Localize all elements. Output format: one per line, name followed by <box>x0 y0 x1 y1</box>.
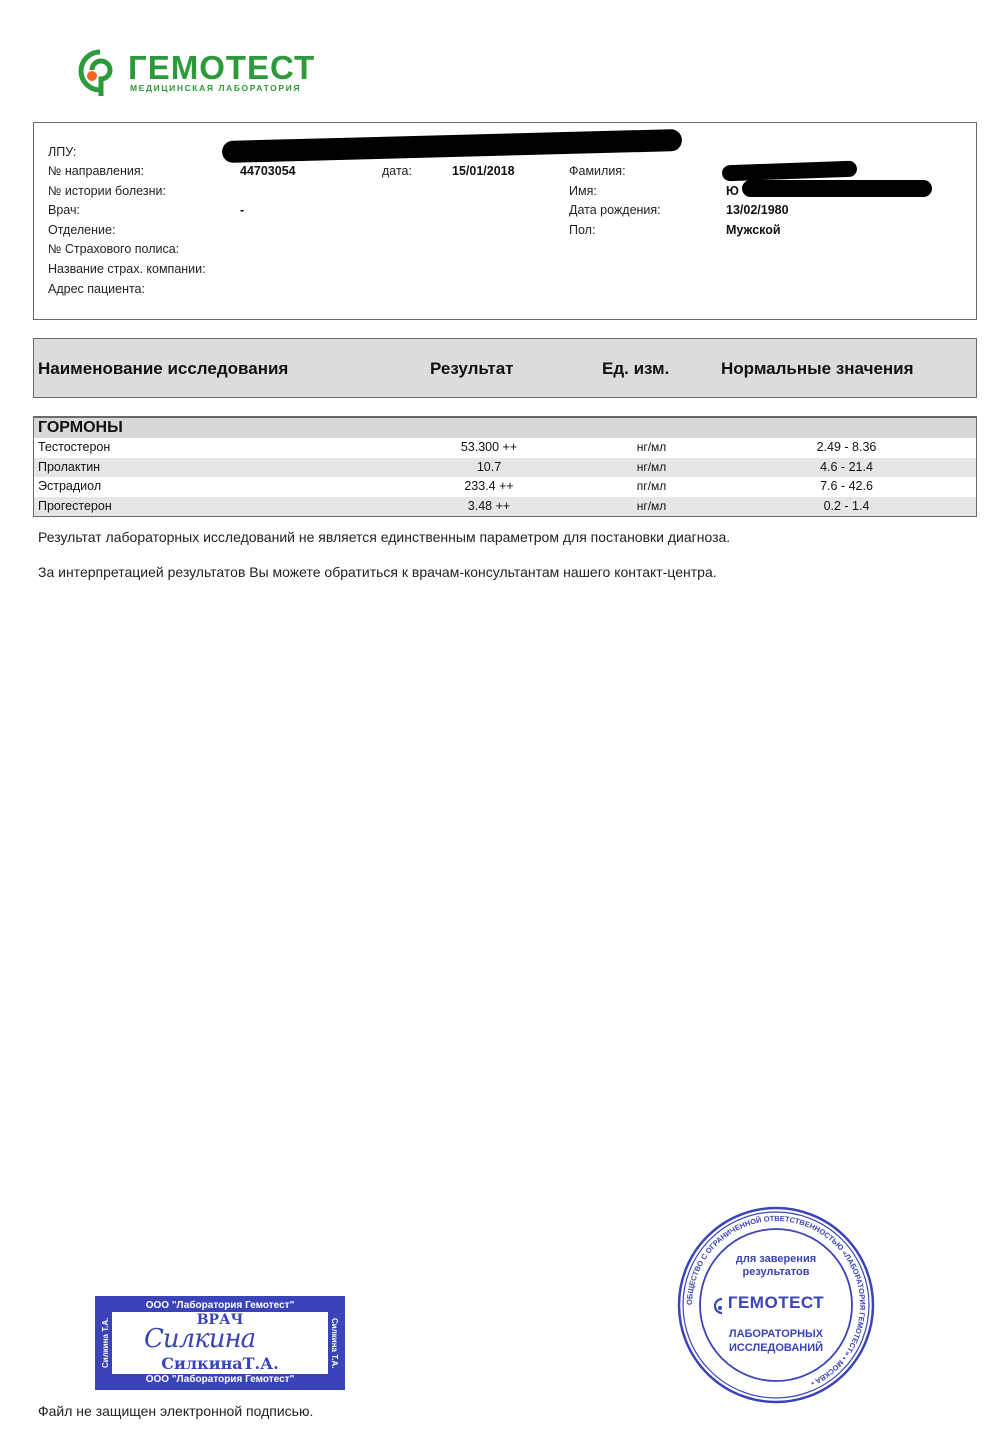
lpu-label: ЛПУ: <box>48 145 76 160</box>
results-table-header: Наименование исследования Результат Ед. … <box>33 338 977 398</box>
doctor-stamp-name: СилкинаТ.А. <box>99 1355 341 1373</box>
no-digital-signature-note: Файл не защищен электронной подписью. <box>38 1403 313 1419</box>
surname-label: Фамилия: <box>569 164 626 179</box>
results-table: ГОРМОНЫ Тестостерон 53.300 ++ нг/мл 2.49… <box>33 416 977 517</box>
table-row: Прогестерон 3.48 ++ нг/мл 0.2 - 1.4 <box>34 497 976 517</box>
doctor-stamp: ООО "Лаборатория Гемотест" Силкина Т.А. … <box>95 1296 345 1390</box>
test-unit: пг/мл <box>604 477 699 497</box>
test-result: 53.300 ++ <box>424 438 554 458</box>
birthdate-value: 13/02/1980 <box>726 203 789 218</box>
surname-value-redaction <box>722 161 857 182</box>
patient-info-box: ЛПУ: № направления: 44703054 дата: 15/01… <box>33 122 977 320</box>
test-normal-range: 4.6 - 21.4 <box>779 458 914 478</box>
first-name-visible-fragment: Ю <box>726 184 739 199</box>
test-unit: нг/мл <box>604 458 699 478</box>
test-unit: нг/мл <box>604 497 699 517</box>
test-normal-range: 2.49 - 8.36 <box>779 438 914 458</box>
lpu-value-redaction <box>222 129 682 163</box>
insurance-company-label: Название страх. компании: <box>48 262 206 277</box>
doctor-signature: Силкина <box>144 1325 255 1353</box>
doctor-value: - <box>240 203 244 218</box>
test-name: Эстрадиол <box>38 477 101 497</box>
medical-history-label: № истории болезни: <box>48 184 166 199</box>
sex-label: Пол: <box>569 223 595 238</box>
lab-round-stamp: ОБЩЕСТВО С ОГРАНИЧЕННОЙ ОТВЕТСТВЕННОСТЬЮ… <box>676 1205 876 1405</box>
disclaimer-note: Результат лабораторных исследований не я… <box>38 529 730 545</box>
round-stamp-line2: результатов <box>676 1266 876 1278</box>
test-result: 233.4 ++ <box>424 477 554 497</box>
test-name: Тестостерон <box>38 438 110 458</box>
doctor-label: Врач: <box>48 203 80 218</box>
round-stamp-line4: ИССЛЕДОВАНИЙ <box>676 1342 876 1354</box>
date-value: 15/01/2018 <box>452 164 515 179</box>
first-name-value-redaction <box>742 180 932 197</box>
round-stamp-brand: ГЕМОТЕСТ <box>676 1293 876 1313</box>
table-row: Пролактин 10.7 нг/мл 4.6 - 21.4 <box>34 458 976 478</box>
round-stamp-line1: для заверения <box>676 1253 876 1265</box>
table-row: Тестостерон 53.300 ++ нг/мл 2.49 - 8.36 <box>34 438 976 458</box>
logo-subtitle: МЕДИЦИНСКАЯ ЛАБОРАТОРИЯ <box>130 83 301 93</box>
doctor-stamp-bottom-text: ООО "Лаборатория Гемотест" <box>99 1374 341 1386</box>
insurance-policy-label: № Страхового полиса: <box>48 242 179 257</box>
group-name: ГОРМОНЫ <box>38 418 123 438</box>
sex-value: Мужской <box>726 223 781 238</box>
test-unit: нг/мл <box>604 438 699 458</box>
header-test-name: Наименование исследования <box>38 359 288 379</box>
date-label: дата: <box>382 164 412 179</box>
round-stamp-line3: ЛАБОРАТОРНЫХ <box>676 1328 876 1340</box>
header-normal-range: Нормальные значения <box>721 359 914 379</box>
patient-address-label: Адрес пациента: <box>48 282 145 297</box>
doctor-stamp-top-text: ООО "Лаборатория Гемотест" <box>99 1300 341 1312</box>
referral-number-label: № направления: <box>48 164 144 179</box>
table-row: Эстрадиол 233.4 ++ пг/мл 7.6 - 42.6 <box>34 477 976 497</box>
first-name-label: Имя: <box>569 184 597 199</box>
header-unit: Ед. изм. <box>602 359 669 379</box>
birthdate-label: Дата рождения: <box>569 203 661 218</box>
test-normal-range: 0.2 - 1.4 <box>779 497 914 517</box>
test-name: Пролактин <box>38 458 100 478</box>
test-result: 3.48 ++ <box>424 497 554 517</box>
test-result: 10.7 <box>424 458 554 478</box>
gemotest-logo: ГЕМОТЕСТ МЕДИЦИНСКАЯ ЛАБОРАТОРИЯ <box>70 46 370 100</box>
referral-number-value: 44703054 <box>240 164 296 179</box>
logo-title: ГЕМОТЕСТ <box>128 50 315 86</box>
gemotest-logo-icon <box>70 46 124 100</box>
group-row: ГОРМОНЫ <box>34 418 976 438</box>
test-normal-range: 7.6 - 42.6 <box>779 477 914 497</box>
consultation-note: За интерпретацией результатов Вы можете … <box>38 564 717 580</box>
test-name: Прогестерон <box>38 497 112 517</box>
department-label: Отделение: <box>48 223 115 238</box>
header-result: Результат <box>430 359 514 379</box>
